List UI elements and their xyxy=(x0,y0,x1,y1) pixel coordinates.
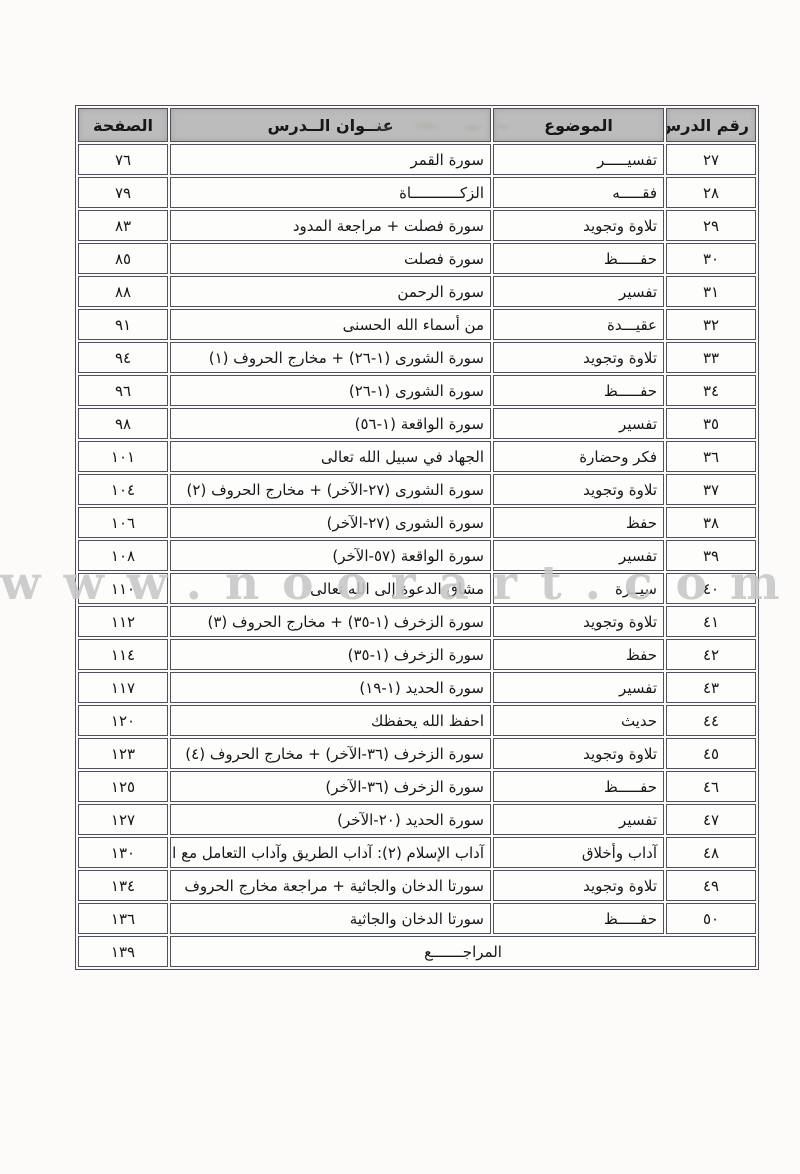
lesson-title-cell: سورة الحديد (١-١٩) xyxy=(170,672,491,703)
subject-cell: تلاوة وتجويد xyxy=(493,342,664,373)
subject-cell: تفسير xyxy=(493,540,664,571)
lesson-title-cell: سورة الواقعة (٥٧-الآخر) xyxy=(170,540,491,571)
lesson-number-cell: ٤٣ xyxy=(666,672,756,703)
page-number-cell: ٧٦ xyxy=(78,144,168,175)
page-number-cell: ١٠٤ xyxy=(78,474,168,505)
header-page: الصفحة xyxy=(78,108,168,142)
page-number-cell: ١١٢ xyxy=(78,606,168,637)
table-row: ٣٢ عقيـــدة من أسماء الله الحسنى ٩١ xyxy=(78,309,756,340)
subject-cell: عقيـــدة xyxy=(493,309,664,340)
contents-table: رقم الدرس الموضوع عنــوان الــدرس الصفحة… xyxy=(75,105,759,970)
subject-cell: حفـــــظ xyxy=(493,771,664,802)
lesson-number-cell: ٤٨ xyxy=(666,837,756,868)
lesson-number-cell: ٤٧ xyxy=(666,804,756,835)
page-number-cell: ٩٨ xyxy=(78,408,168,439)
scan-bleed-artifact xyxy=(360,118,510,136)
subject-cell: تلاوة وتجويد xyxy=(493,870,664,901)
page-number-cell: ١٣٦ xyxy=(78,903,168,934)
page-number-cell: ١٠٦ xyxy=(78,507,168,538)
lesson-title-cell: سورة الرحمن xyxy=(170,276,491,307)
table-row: ٣٤ حفـــــظ سورة الشورى (١-٢٦) ٩٦ xyxy=(78,375,756,406)
lesson-number-cell: ٣٤ xyxy=(666,375,756,406)
table-row: ٤٣ تفسير سورة الحديد (١-١٩) ١١٧ xyxy=(78,672,756,703)
table-row: ٤٠ سيــرة مشاق الدعوة إلى الله تعالى ١١٠ xyxy=(78,573,756,604)
lesson-title-cell: سورة القمر xyxy=(170,144,491,175)
lesson-title-cell: سورة الزخرف (٣٦-الآخر) + مخارج الحروف (٤… xyxy=(170,738,491,769)
page-number-cell: ٩٤ xyxy=(78,342,168,373)
page-number-cell: ٨٣ xyxy=(78,210,168,241)
lesson-title-cell: الجهاد في سبيل الله تعالى xyxy=(170,441,491,472)
table-row: ٣٧ تلاوة وتجويد سورة الشورى (٢٧-الآخر) +… xyxy=(78,474,756,505)
lesson-number-cell: ٢٧ xyxy=(666,144,756,175)
lesson-number-cell: ٥٠ xyxy=(666,903,756,934)
page-number-cell: ١٣٠ xyxy=(78,837,168,868)
lesson-title-cell: الزكـــــــــــاة xyxy=(170,177,491,208)
lesson-title-cell: سورة الواقعة (١-٥٦) xyxy=(170,408,491,439)
table-row: ٤٦ حفـــــظ سورة الزخرف (٣٦-الآخر) ١٢٥ xyxy=(78,771,756,802)
table-row: ٢٧ تفسيـــــر سورة القمر ٧٦ xyxy=(78,144,756,175)
table-row: ٤٨ آداب وأخلاق آداب الإسلام (٢): آداب ال… xyxy=(78,837,756,868)
lesson-number-cell: ٣١ xyxy=(666,276,756,307)
table-row: ٤٤ حديث احفظ الله يحفظك ١٢٠ xyxy=(78,705,756,736)
lesson-number-cell: ٤٦ xyxy=(666,771,756,802)
subject-cell: حديث xyxy=(493,705,664,736)
table-row: ٤٥ تلاوة وتجويد سورة الزخرف (٣٦-الآخر) +… xyxy=(78,738,756,769)
subject-cell: تلاوة وتجويد xyxy=(493,738,664,769)
lesson-title-cell: سورة الشورى (٢٧-الآخر) + مخارج الحروف (٢… xyxy=(170,474,491,505)
page-number-cell: ١١٠ xyxy=(78,573,168,604)
lesson-number-cell: ٤١ xyxy=(666,606,756,637)
table-row: ٣٠ حفـــــظ سورة فصلت ٨٥ xyxy=(78,243,756,274)
page-number-cell: ٨٥ xyxy=(78,243,168,274)
page-number-cell: ١١٧ xyxy=(78,672,168,703)
header-subject: الموضوع xyxy=(493,108,664,142)
page-number-cell: ١٢٧ xyxy=(78,804,168,835)
lesson-title-cell: احفظ الله يحفظك xyxy=(170,705,491,736)
subject-cell: سيــرة xyxy=(493,573,664,604)
page-number-cell: ٩١ xyxy=(78,309,168,340)
page-number-cell: ١١٤ xyxy=(78,639,168,670)
subject-cell: حفـــــظ xyxy=(493,375,664,406)
references-page-cell: ١٣٩ xyxy=(78,936,168,967)
table-row: ٣٦ فكر وحضارة الجهاد في سبيل الله تعالى … xyxy=(78,441,756,472)
lesson-number-cell: ٤٥ xyxy=(666,738,756,769)
subject-cell: حفـــــظ xyxy=(493,243,664,274)
lesson-number-cell: ٣٦ xyxy=(666,441,756,472)
lesson-number-cell: ٤٩ xyxy=(666,870,756,901)
subject-cell: تفسير xyxy=(493,672,664,703)
page-number-cell: ١٢٠ xyxy=(78,705,168,736)
table-body: ٢٧ تفسيـــــر سورة القمر ٧٦ ٢٨ فقـــــه … xyxy=(78,144,756,934)
subject-cell: فقـــــه xyxy=(493,177,664,208)
lesson-title-cell: سورتا الدخان والجاثية xyxy=(170,903,491,934)
lesson-title-cell: سورة الحديد (٢٠-الآخر) xyxy=(170,804,491,835)
subject-cell: حفـــــظ xyxy=(493,903,664,934)
table-row: ٤٢ حفظ سورة الزخرف (١-٣٥) ١١٤ xyxy=(78,639,756,670)
table-row: ٣٣ تلاوة وتجويد سورة الشورى (١-٢٦) + مخا… xyxy=(78,342,756,373)
lesson-number-cell: ٣٣ xyxy=(666,342,756,373)
table-row: ٢٨ فقـــــه الزكـــــــــــاة ٧٩ xyxy=(78,177,756,208)
table-row: ٣١ تفسير سورة الرحمن ٨٨ xyxy=(78,276,756,307)
subject-cell: تلاوة وتجويد xyxy=(493,606,664,637)
subject-cell: تفسير xyxy=(493,276,664,307)
lesson-title-cell: سورة الزخرف (١-٣٥) + مخارج الحروف (٣) xyxy=(170,606,491,637)
lesson-number-cell: ٤٢ xyxy=(666,639,756,670)
lesson-number-cell: ٢٨ xyxy=(666,177,756,208)
subject-cell: حفظ xyxy=(493,639,664,670)
lesson-number-cell: ٣٩ xyxy=(666,540,756,571)
lesson-number-cell: ٣٥ xyxy=(666,408,756,439)
lesson-number-cell: ٣٠ xyxy=(666,243,756,274)
lesson-title-cell: سورة الزخرف (٣٦-الآخر) xyxy=(170,771,491,802)
header-lesson-number: رقم الدرس xyxy=(666,108,756,142)
lesson-number-cell: ٣٢ xyxy=(666,309,756,340)
table-row: ٣٩ تفسير سورة الواقعة (٥٧-الآخر) ١٠٨ xyxy=(78,540,756,571)
lesson-title-cell: سورة الشورى (١-٢٦) xyxy=(170,375,491,406)
lesson-title-cell: سورة فصلت xyxy=(170,243,491,274)
table-row: ٢٩ تلاوة وتجويد سورة فصلت + مراجعة المدو… xyxy=(78,210,756,241)
subject-cell: فكر وحضارة xyxy=(493,441,664,472)
references-label-cell: المراجـــــــع xyxy=(170,936,756,967)
page-number-cell: ١٠٨ xyxy=(78,540,168,571)
subject-cell: حفظ xyxy=(493,507,664,538)
lesson-title-cell: آداب الإسلام (٢): آداب الطريق وآداب التع… xyxy=(170,837,491,868)
page-number-cell: ١٣٤ xyxy=(78,870,168,901)
lesson-title-cell: من أسماء الله الحسنى xyxy=(170,309,491,340)
table-row: ٤٧ تفسير سورة الحديد (٢٠-الآخر) ١٢٧ xyxy=(78,804,756,835)
table-row: ٤٩ تلاوة وتجويد سورتا الدخان والجاثية + … xyxy=(78,870,756,901)
subject-cell: تلاوة وتجويد xyxy=(493,474,664,505)
page-number-cell: ٧٩ xyxy=(78,177,168,208)
lesson-title-cell: سورة الزخرف (١-٣٥) xyxy=(170,639,491,670)
subject-cell: آداب وأخلاق xyxy=(493,837,664,868)
subject-cell: تفسيـــــر xyxy=(493,144,664,175)
scanned-page: رقم الدرس الموضوع عنــوان الــدرس الصفحة… xyxy=(0,0,800,1174)
subject-cell: تفسير xyxy=(493,408,664,439)
page-number-cell: ١٠١ xyxy=(78,441,168,472)
subject-cell: تلاوة وتجويد xyxy=(493,210,664,241)
lesson-number-cell: ٤٠ xyxy=(666,573,756,604)
lesson-title-cell: سورة الشورى (١-٢٦) + مخارج الحروف (١) xyxy=(170,342,491,373)
page-number-cell: ١٢٣ xyxy=(78,738,168,769)
table-row: ٣٥ تفسير سورة الواقعة (١-٥٦) ٩٨ xyxy=(78,408,756,439)
lesson-title-cell: سورة فصلت + مراجعة المدود xyxy=(170,210,491,241)
references-row: المراجـــــــع ١٣٩ xyxy=(78,936,756,967)
page-number-cell: ٨٨ xyxy=(78,276,168,307)
lesson-number-cell: ٢٩ xyxy=(666,210,756,241)
subject-cell: تفسير xyxy=(493,804,664,835)
lesson-number-cell: ٣٧ xyxy=(666,474,756,505)
table-row: ٥٠ حفـــــظ سورتا الدخان والجاثية ١٣٦ xyxy=(78,903,756,934)
table-row: ٣٨ حفظ سورة الشورى (٢٧-الآخر) ١٠٦ xyxy=(78,507,756,538)
lesson-title-cell: سورتا الدخان والجاثية + مراجعة مخارج الح… xyxy=(170,870,491,901)
page-number-cell: ١٢٥ xyxy=(78,771,168,802)
lesson-number-cell: ٣٨ xyxy=(666,507,756,538)
lesson-title-cell: سورة الشورى (٢٧-الآخر) xyxy=(170,507,491,538)
lesson-number-cell: ٤٤ xyxy=(666,705,756,736)
table-row: ٤١ تلاوة وتجويد سورة الزخرف (١-٣٥) + مخا… xyxy=(78,606,756,637)
lesson-title-cell: مشاق الدعوة إلى الله تعالى xyxy=(170,573,491,604)
page-number-cell: ٩٦ xyxy=(78,375,168,406)
